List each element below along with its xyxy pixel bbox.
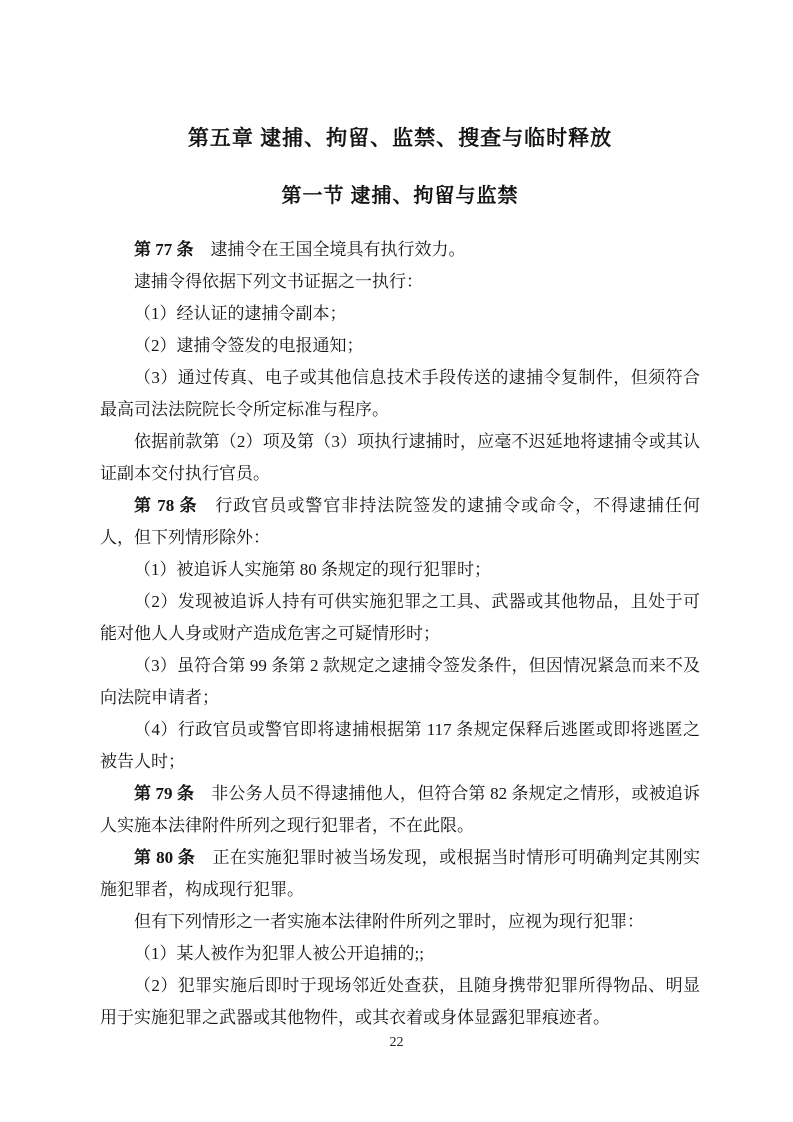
paragraph: （1）被追诉人实施第 80 条规定的现行犯罪时；	[100, 554, 700, 586]
paragraph: （4）行政官员或警官即将逮捕根据第 117 条规定保释后逃匿或即将逃匿之被告人时…	[100, 714, 700, 778]
paragraph: （2）犯罪实施后即时于现场邻近处查获，且随身携带犯罪所得物品、明显用于实施犯罪之…	[100, 970, 700, 1034]
paragraph: 第 79 条 非公务人员不得逮捕他人，但符合第 82 条规定之情形，或被追诉人实…	[100, 778, 700, 842]
paragraph: 依据前款第（2）项及第（3）项执行逮捕时，应毫不迟延地将逮捕令或其认证副本交付执…	[100, 426, 700, 490]
section-title: 第一节 逮捕、拘留与监禁	[100, 184, 700, 208]
article-number: 第 79 条	[134, 784, 194, 803]
paragraph: （1）经认证的逮捕令副本；	[100, 298, 700, 330]
article-number: 第 78 条	[134, 496, 197, 515]
document-body: 第 77 条 逮捕令在王国全境具有执行效力。逮捕令得依据下列文书证据之一执行：（…	[100, 234, 700, 1034]
paragraph: 逮捕令得依据下列文书证据之一执行：	[100, 266, 700, 298]
article-number: 第 80 条	[134, 848, 195, 867]
article-number: 第 77 条	[134, 240, 194, 259]
chapter-title: 第五章 逮捕、拘留、监禁、搜查与临时释放	[100, 126, 700, 150]
paragraph: （1）某人被作为犯罪人被公开追捕的;;	[100, 938, 700, 970]
paragraph: 第 80 条 正在实施犯罪时被当场发现，或根据当时情形可明确判定其刚实施犯罪者，…	[100, 842, 700, 906]
paragraph: 第 77 条 逮捕令在王国全境具有执行效力。	[100, 234, 700, 266]
page-number: 22	[0, 1035, 793, 1051]
paragraph: （3）虽符合第 99 条第 2 款规定之逮捕令签发条件，但因情况紧急而来不及向法…	[100, 650, 700, 714]
paragraph: （3）通过传真、电子或其他信息技术手段传送的逮捕令复制件，但须符合最高司法法院院…	[100, 362, 700, 426]
paragraph: （2）逮捕令签发的电报通知；	[100, 330, 700, 362]
page-content: 第五章 逮捕、拘留、监禁、搜查与临时释放 第一节 逮捕、拘留与监禁 第 77 条…	[100, 0, 700, 1034]
paragraph: 但有下列情形之一者实施本法律附件所列之罪时，应视为现行犯罪：	[100, 906, 700, 938]
document-page: 第五章 逮捕、拘留、监禁、搜查与临时释放 第一节 逮捕、拘留与监禁 第 77 条…	[0, 0, 793, 1122]
paragraph: （2）发现被追诉人持有可供实施犯罪之工具、武器或其他物品，且处于可能对他人人身或…	[100, 586, 700, 650]
paragraph: 第 78 条 行政官员或警官非持法院签发的逮捕令或命令，不得逮捕任何人，但下列情…	[100, 490, 700, 554]
